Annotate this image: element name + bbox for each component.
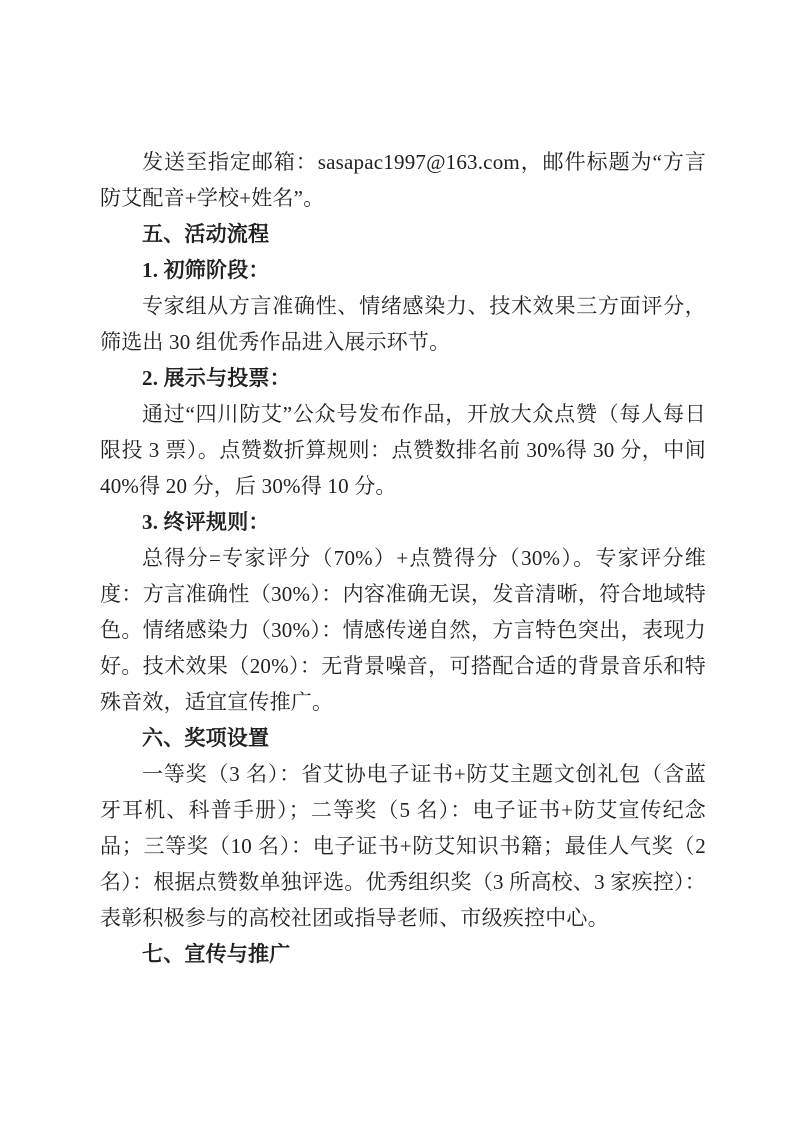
heading-stage-1-initial-screening: 1. 初筛阶段： xyxy=(100,252,706,288)
document-page: 发送至指定邮箱：sasapac1997@163.com，邮件标题为“方言防艾配音… xyxy=(0,0,800,1131)
heading-section-6-awards: 六、奖项设置 xyxy=(100,720,706,756)
paragraph-email-submission: 发送至指定邮箱：sasapac1997@163.com，邮件标题为“方言防艾配音… xyxy=(100,144,706,216)
heading-section-5-activity-process: 五、活动流程 xyxy=(100,216,706,252)
heading-stage-2-display-voting: 2. 展示与投票： xyxy=(100,360,706,396)
paragraph-stage-2-details: 通过“四川防艾”公众号发布作品，开放大众点赞（每人每日限投 3 票）。点赞数折算… xyxy=(100,396,706,504)
paragraph-stage-1-details: 专家组从方言准确性、情绪感染力、技术效果三方面评分，筛选出 30 组优秀作品进入… xyxy=(100,288,706,360)
document-body: 发送至指定邮箱：sasapac1997@163.com，邮件标题为“方言防艾配音… xyxy=(100,144,706,972)
paragraph-awards-details: 一等奖（3 名）：省艾协电子证书+防艾主题文创礼包（含蓝牙耳机、科普手册）；二等… xyxy=(100,756,706,936)
heading-section-7-promotion: 七、宣传与推广 xyxy=(100,936,706,972)
heading-stage-3-final-evaluation: 3. 终评规则： xyxy=(100,504,706,540)
paragraph-stage-3-details: 总得分=专家评分（70%）+点赞得分（30%）。专家评分维度：方言准确性（30%… xyxy=(100,540,706,720)
